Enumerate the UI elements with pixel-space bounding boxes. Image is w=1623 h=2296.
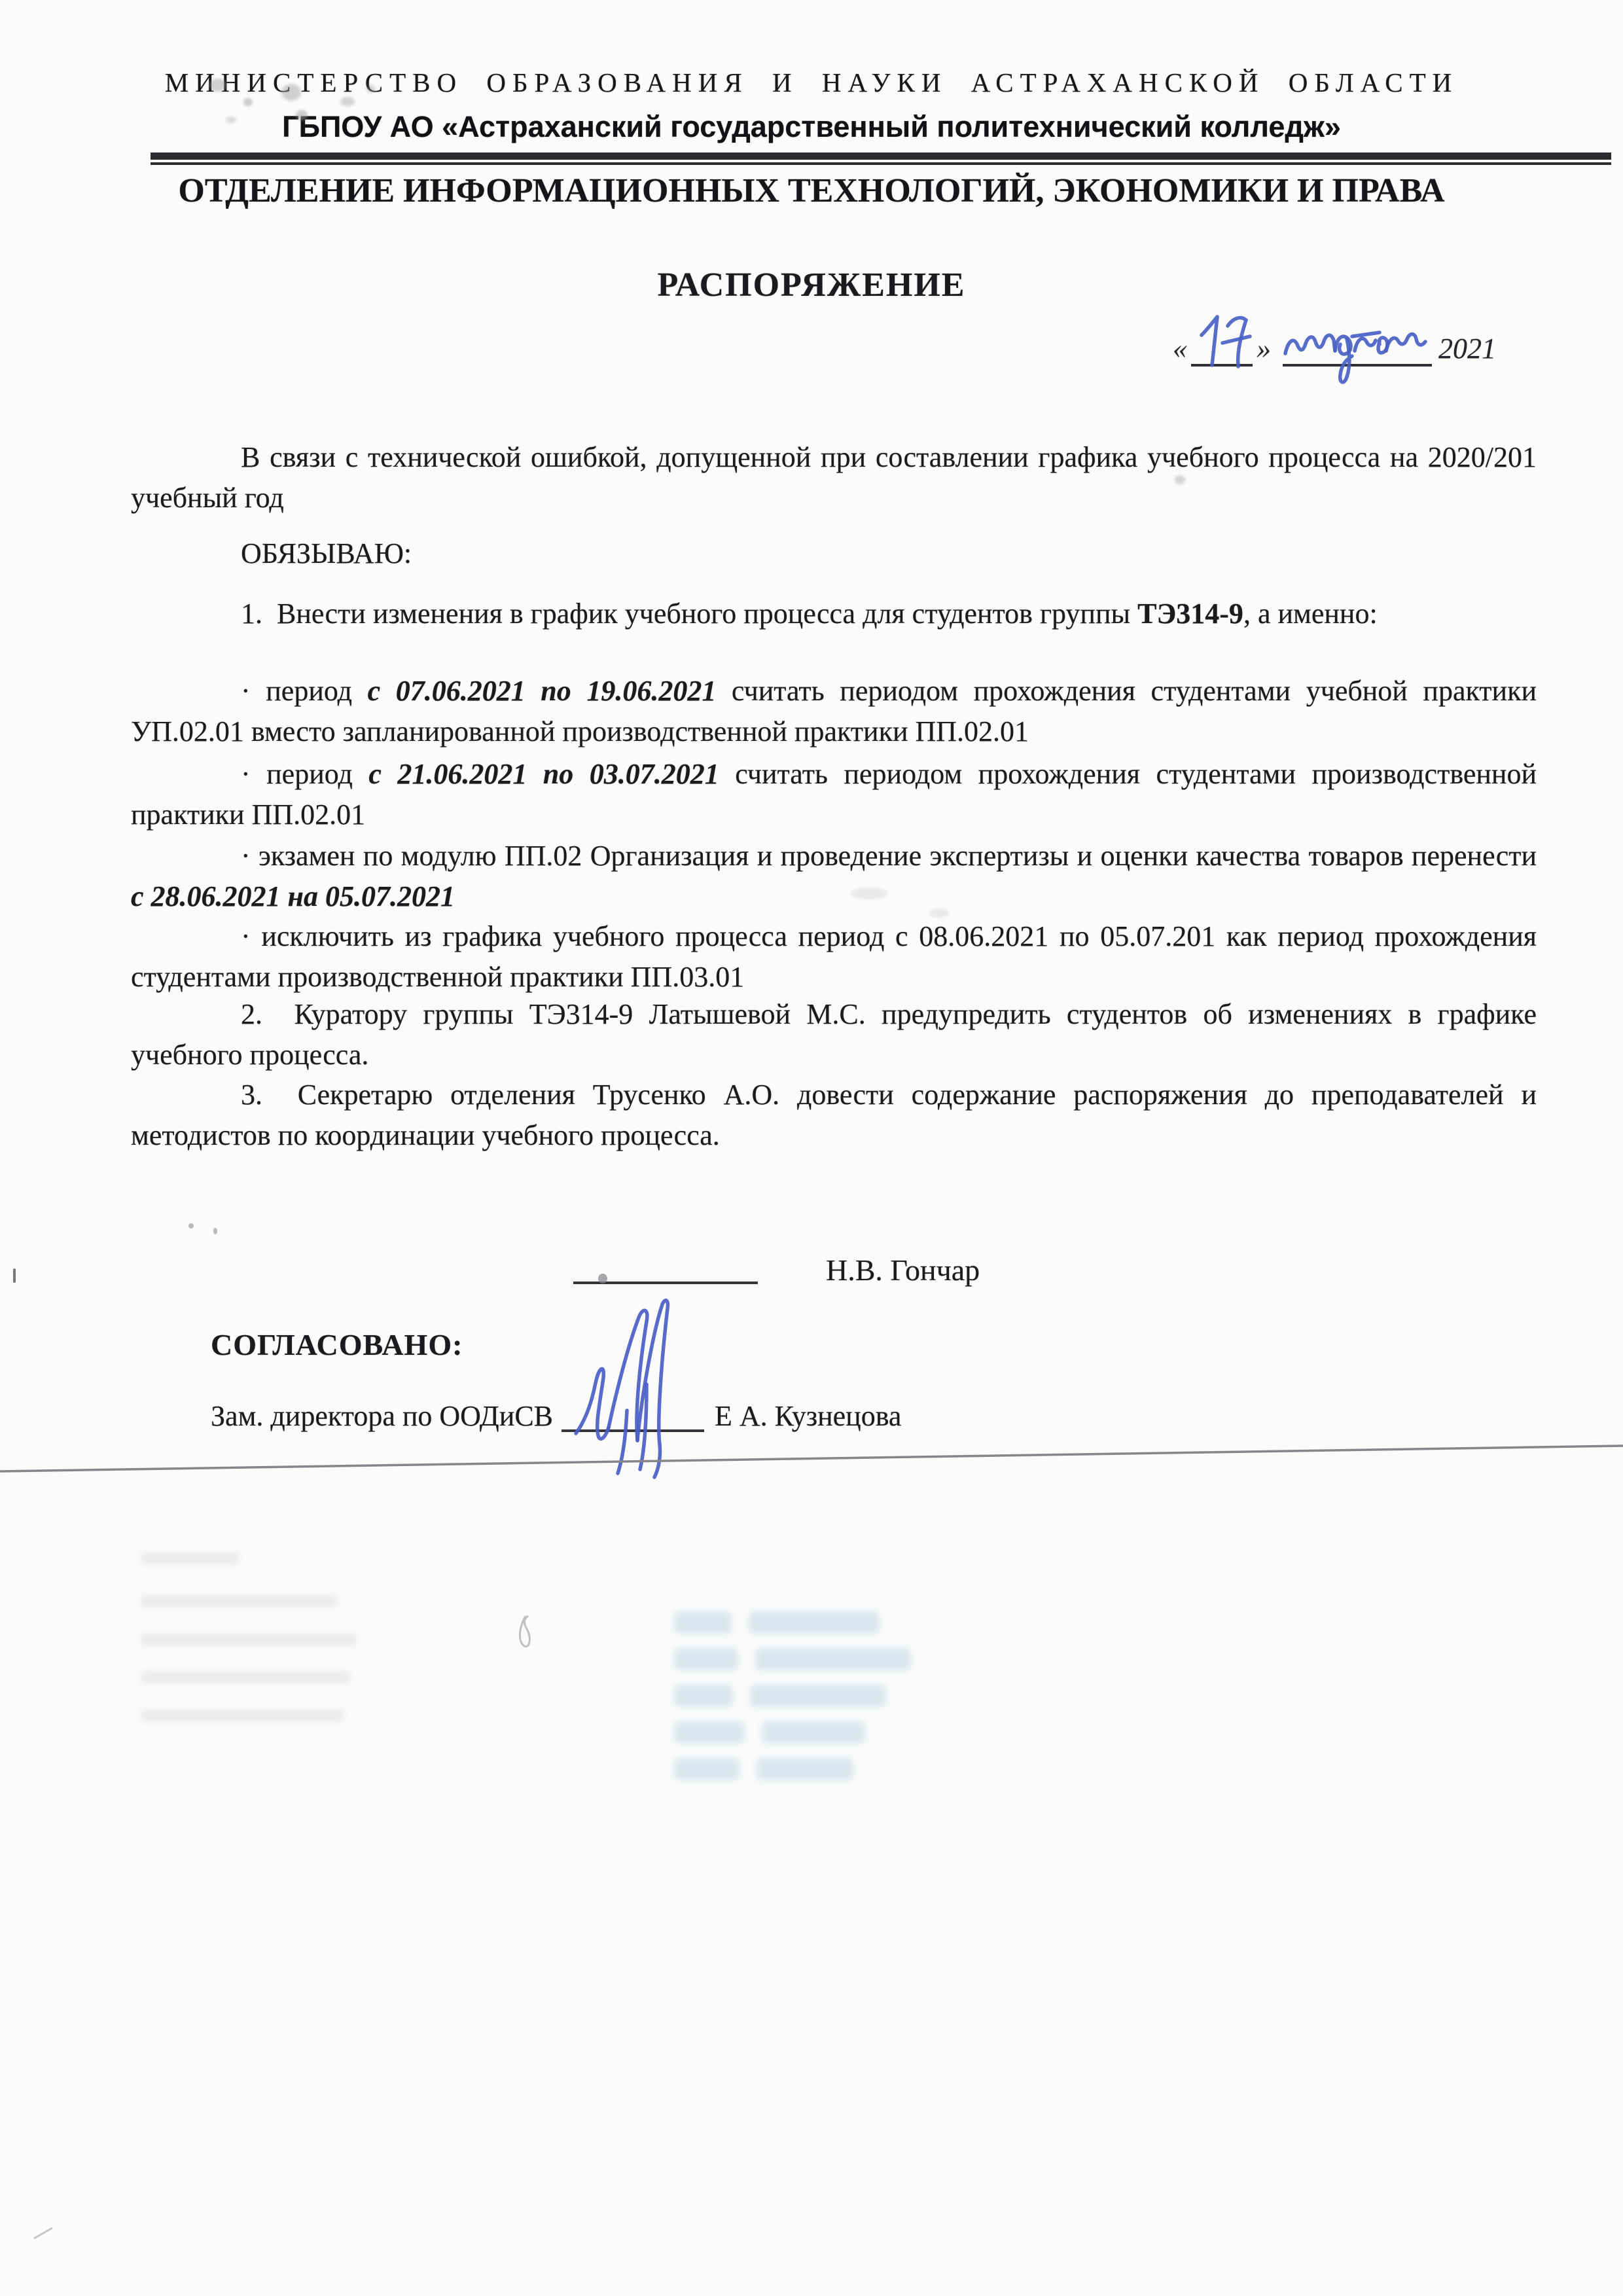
obligation-heading: ОБЯЗЫВАЮ: xyxy=(131,533,1537,574)
intro-paragraph: В связи с технической ошибкой, допущенно… xyxy=(131,437,1537,518)
year-text: 2021 xyxy=(1438,332,1496,367)
open-quote: « xyxy=(1173,332,1190,367)
day-blank-underline xyxy=(1191,326,1253,367)
order-subitem-period-2: · период с 21.06.2021 по 03.07.2021 счит… xyxy=(131,754,1537,835)
deputy-signature-ink xyxy=(563,1293,733,1482)
scan-smudge xyxy=(296,110,308,120)
scan-smudge xyxy=(851,888,887,899)
scan-smudge xyxy=(209,79,226,92)
pencil-mark-artifact xyxy=(514,1613,553,1653)
scan-smudge xyxy=(929,908,949,918)
bleedthrough-faint-artifact xyxy=(141,1552,357,1721)
ministry-header: МИНИСТЕРСТВО ОБРАЗОВАНИЯ И НАУКИ АСТРАХА… xyxy=(0,67,1623,98)
header-rule-thin xyxy=(151,162,1611,165)
date-line: « » 2021 xyxy=(1173,326,1496,367)
scan-smudge xyxy=(226,117,236,123)
scan-smudge xyxy=(340,97,355,106)
order-subitem-exclude: · исключить из графика учебного процесса… xyxy=(131,916,1537,997)
scan-smudge xyxy=(281,84,301,101)
department-header: ОТДЕЛЕНИЕ ИНФОРМАЦИОННЫХ ТЕХНОЛОГИЙ, ЭКО… xyxy=(0,171,1623,210)
order-item-1: 1. Внести изменения в график учебного пр… xyxy=(131,594,1537,634)
scan-smudge xyxy=(243,98,253,106)
handwritten-day-ink xyxy=(1192,302,1253,380)
scan-smudge xyxy=(1175,475,1185,484)
agreed-label: СОГЛАСОВАНО: xyxy=(211,1327,463,1362)
header-rule-thick xyxy=(151,152,1611,160)
scan-speck xyxy=(598,1274,607,1283)
deputy-title-label: Зам. директора по ООДиСВ xyxy=(211,1399,553,1433)
bleedthrough-text-artifact xyxy=(674,1611,911,1795)
scan-smudge xyxy=(366,85,376,93)
deputy-name: Е А. Кузнецова xyxy=(715,1399,901,1433)
order-subitem-period-1: · период с 07.06.2021 по 19.06.2021 счит… xyxy=(131,671,1537,752)
close-quote: » xyxy=(1257,332,1274,367)
scan-speck xyxy=(213,1228,217,1234)
month-blank-underline xyxy=(1283,326,1432,367)
order-item-3: 3. Секретарю отделения Трусенко А.О. дов… xyxy=(131,1075,1537,1156)
director-name: Н.В. Гончар xyxy=(826,1253,980,1287)
order-item-2: 2. Куратору группы ТЭ314-9 Латышевой М.С… xyxy=(131,994,1537,1075)
handwritten-month-ink xyxy=(1280,297,1432,387)
scanned-document-page: МИНИСТЕРСТВО ОБРАЗОВАНИЯ И НАУКИ АСТРАХА… xyxy=(0,0,1623,2296)
college-header: ГБПОУ АО «Астраханский государственный п… xyxy=(0,110,1623,144)
order-subitem-exam: · экзамен по модулю ПП.02 Организация и … xyxy=(131,836,1537,917)
scan-speck xyxy=(13,1268,16,1283)
scan-speck xyxy=(188,1223,194,1229)
